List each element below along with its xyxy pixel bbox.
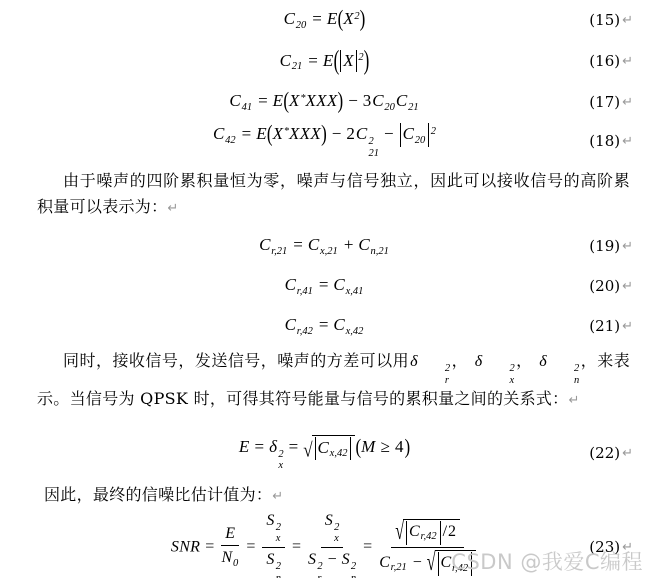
- left-paren-icon: (: [338, 6, 344, 33]
- return-mark-icon: ↵: [622, 54, 633, 69]
- math-variable: C: [285, 315, 297, 334]
- math-variable: C: [333, 275, 345, 294]
- paren-body: M≥4: [361, 437, 404, 456]
- math-subscript: r,21: [391, 562, 407, 573]
- equation-17-tag: (17) ↵: [589, 93, 633, 111]
- math-subscript: r: [317, 573, 321, 578]
- left-paren-icon: (: [283, 88, 289, 115]
- math-variable: X: [343, 51, 354, 70]
- paragraph-final-snr: 因此，最终的信噪比估计值为：↵: [44, 482, 630, 510]
- math-subsup: 2x: [278, 449, 283, 472]
- csdn-watermark: CSDN @我爱C编程: [451, 546, 643, 576]
- math-variable: S: [266, 551, 274, 568]
- math-subscript: r: [419, 375, 449, 387]
- equation-20: Cr,41=Cx,41 (20) ↵: [0, 272, 649, 300]
- math-denominator: S2r−S2n: [308, 548, 356, 578]
- equation-17: C41=E(X*XXX)−3C20C21 (17) ↵: [0, 86, 649, 118]
- math-parentheses: (X*XXX): [267, 124, 327, 143]
- math-subsup: 2r: [317, 561, 322, 578]
- text-run: ，: [516, 351, 538, 370]
- math-variable: δ: [410, 353, 418, 370]
- math-variable: C: [441, 554, 452, 571]
- math-variable: C: [308, 235, 320, 254]
- math-absolute-value: Cr,42: [406, 521, 441, 545]
- equation-22: E=δ2x=√Cx,42(M≥4) (22) ↵: [0, 434, 649, 472]
- inline-math: δ2x: [475, 353, 515, 370]
- math-variable: E: [239, 437, 250, 456]
- math-numerator: √Cr,42/2: [391, 519, 464, 548]
- math-parentheses: (X*XXX): [283, 91, 343, 110]
- math-parentheses: (X2): [338, 9, 366, 28]
- math-variable: C: [356, 124, 368, 143]
- math-variable: δ: [475, 353, 483, 370]
- equation-17-math: C41=E(X*XXX)−3C20C21: [229, 91, 419, 113]
- document-body: C20=E(X2) (15) ↵ C21=E(X2) (16) ↵ C41=E(…: [0, 0, 649, 578]
- math-operator: =: [289, 437, 299, 456]
- math-number: 2: [346, 124, 355, 143]
- math-roman: /: [443, 523, 447, 540]
- equation-20-tag: (20) ↵: [589, 277, 633, 295]
- math-subscript: x: [334, 533, 339, 545]
- math-variable: C: [213, 124, 225, 143]
- math-variable: XXX: [305, 91, 337, 110]
- math-superscript: 2: [369, 136, 374, 148]
- paren-body: X*XXX: [273, 124, 322, 143]
- math-subscript: n: [548, 375, 580, 387]
- math-variable: S: [342, 551, 350, 568]
- equation-number: (22): [589, 444, 620, 462]
- math-variable: C: [403, 124, 415, 143]
- math-subscript: 20: [415, 135, 426, 146]
- equation-18-math: C42=E(X*XXX)−2C221−C202: [213, 123, 436, 159]
- math-superscript: 2: [483, 363, 515, 375]
- equation-number: (20): [589, 277, 620, 295]
- right-paren-icon: ): [404, 434, 410, 459]
- math-operator: =: [319, 275, 329, 294]
- math-variable: C: [318, 438, 330, 457]
- math-variable: C: [229, 91, 241, 110]
- equation-15-tag: (15) ↵: [589, 11, 633, 29]
- return-mark-icon: ↵: [622, 134, 633, 149]
- math-variable: C: [285, 275, 297, 294]
- math-variable: C: [280, 51, 292, 70]
- math-fraction: S2xS2n: [262, 511, 285, 578]
- math-operator: =: [205, 538, 214, 555]
- math-variable: C: [358, 235, 370, 254]
- math-subscript: x: [483, 375, 514, 387]
- text-run: 因此，最终的信噪比估计值为：: [44, 485, 272, 504]
- math-subscript: 20: [296, 20, 307, 31]
- equation-21: Cr,42=Cx,42 (21) ↵: [0, 312, 649, 340]
- math-subscript: x,42: [330, 448, 348, 459]
- math-subscript: n,21: [371, 246, 389, 257]
- math-operator: =: [293, 235, 303, 254]
- return-mark-icon: ↵: [568, 393, 579, 408]
- math-operator: =: [255, 437, 265, 456]
- math-superscript: 2: [317, 561, 322, 573]
- math-operator: =: [363, 538, 372, 555]
- math-subsup: 221: [369, 136, 380, 159]
- math-operator: −: [328, 551, 337, 568]
- math-variable: C: [284, 9, 296, 28]
- paren-body: X2: [339, 51, 363, 70]
- math-operator: ≥: [381, 437, 390, 456]
- inline-math: δ2n: [539, 353, 579, 370]
- math-subscript: 21: [369, 148, 380, 160]
- math-subscript: 0: [233, 558, 238, 569]
- radical-body: Cr,42/2: [403, 519, 460, 545]
- math-operator: +: [344, 235, 354, 254]
- math-subscript: n: [276, 573, 281, 578]
- math-operator: −: [413, 554, 422, 571]
- math-subsup: 2x: [334, 522, 339, 545]
- math-superscript: 2: [548, 363, 580, 375]
- right-paren-icon: ): [321, 120, 327, 147]
- math-subsup: 2n: [548, 363, 580, 386]
- math-radical: √Cr,42/2: [395, 519, 460, 545]
- return-mark-icon: ↵: [622, 13, 633, 28]
- math-subscript: x,42: [346, 326, 364, 337]
- equation-number: (21): [589, 317, 620, 335]
- math-subscript: n: [351, 573, 356, 578]
- equation-number: (16): [589, 52, 620, 70]
- math-subsup: 2n: [351, 561, 356, 578]
- return-mark-icon: ↵: [167, 201, 178, 216]
- math-variable: S: [325, 512, 333, 529]
- math-superscript: 2: [278, 449, 283, 461]
- radical-body: Cx,42: [312, 435, 356, 461]
- math-variable: X: [273, 124, 284, 143]
- equation-16-tag: (16) ↵: [589, 52, 633, 70]
- math-fraction: EN0: [221, 524, 239, 570]
- math-subscript: 41: [242, 102, 253, 113]
- math-variable: C: [259, 235, 271, 254]
- math-number: 4: [395, 437, 404, 456]
- math-denominator: S2n: [266, 548, 281, 578]
- math-subsup: 2x: [276, 522, 281, 545]
- math-superscript: 2: [431, 126, 436, 137]
- equation-23-math: SNR=EN0=S2xS2n=S2xS2r−S2n=√Cr,42/2Cr,21−…: [171, 511, 478, 578]
- right-paren-icon: ): [364, 45, 370, 77]
- math-variable: M: [361, 437, 375, 456]
- equation-16-math: C21=E(X2): [280, 50, 370, 73]
- math-variable: E: [327, 9, 338, 28]
- math-operator: −: [384, 124, 394, 143]
- equation-18: C42=E(X*XXX)−2C221−C202 (18) ↵: [0, 122, 649, 160]
- equation-21-tag: (21) ↵: [589, 317, 633, 335]
- math-numerator: E: [221, 524, 239, 546]
- math-superscript: 2: [334, 522, 339, 534]
- return-mark-icon: ↵: [622, 239, 633, 254]
- math-subscript: x: [276, 533, 281, 545]
- math-variable: N: [221, 549, 232, 566]
- math-subscript: 21: [292, 61, 303, 72]
- math-subscript: r,21: [271, 246, 287, 257]
- math-parentheses: (M≥4): [355, 437, 410, 456]
- math-variable: SNR: [171, 538, 200, 555]
- paragraph-noise-cumulant: 由于噪声的四阶累积量恒为零，噪声与信号独立，因此可以接收信号的高阶累积量可以表示…: [37, 168, 630, 222]
- equation-18-tag: (18) ↵: [589, 132, 633, 150]
- equation-number: (15): [589, 11, 620, 29]
- return-mark-icon: ↵: [622, 319, 633, 334]
- math-operator: =: [246, 538, 255, 555]
- equation-number: (18): [589, 132, 620, 150]
- math-numerator: S2x: [262, 511, 285, 548]
- equation-21-math: Cr,42=Cx,42: [285, 315, 365, 337]
- inline-math: δ2r: [410, 353, 450, 370]
- math-absolute-value: Cx,42: [315, 437, 352, 461]
- return-mark-icon: ↵: [622, 446, 633, 461]
- math-variable: C: [372, 91, 384, 110]
- math-radical: √Cx,42: [303, 435, 355, 461]
- math-variable: E: [256, 124, 267, 143]
- math-subsup: 2r: [419, 363, 451, 386]
- radical-sign-icon: √: [303, 440, 312, 460]
- math-operator: −: [348, 91, 358, 110]
- paren-body: X*XXX: [289, 91, 338, 110]
- math-operator: =: [319, 315, 329, 334]
- math-superscript: 2: [351, 561, 356, 573]
- math-operator: =: [312, 9, 322, 28]
- equation-22-math: E=δ2x=√Cx,42(M≥4): [239, 435, 410, 472]
- paragraph-variance-qpsk: 同时，接收信号，发送信号，噪声的方差可以用δ2r， δ2x， δ2n，来表示。当…: [37, 348, 630, 414]
- math-subsup: 2n: [276, 561, 281, 578]
- math-superscript: 2: [276, 522, 281, 534]
- equation-15-math: C20=E(X2): [284, 9, 366, 31]
- math-absolute-value: C20: [400, 123, 430, 147]
- math-variable: C: [379, 554, 390, 571]
- radical-sign-icon: √: [395, 520, 404, 545]
- equation-number: (17): [589, 93, 620, 111]
- math-variable: S: [308, 551, 316, 568]
- equation-19: Cr,21=Cx,21+Cn,21 (19) ↵: [0, 232, 649, 260]
- math-operator: −: [332, 124, 342, 143]
- equation-22-tag: (22) ↵: [589, 444, 633, 462]
- math-variable: δ: [539, 353, 547, 370]
- math-variable: X: [289, 91, 300, 110]
- radical-sign-icon: √: [427, 551, 436, 576]
- math-parentheses: (X2): [334, 51, 370, 70]
- math-superscript: 2: [276, 561, 281, 573]
- math-variable: δ: [269, 437, 277, 456]
- left-paren-icon: (: [267, 120, 273, 147]
- math-subscript: x,21: [320, 246, 338, 257]
- math-operator: =: [292, 538, 301, 555]
- text-run: 同时，接收信号，发送信号，噪声的方差可以用: [63, 351, 409, 370]
- math-subscript: r,42: [297, 326, 313, 337]
- math-operator: =: [258, 91, 268, 110]
- math-number: 3: [363, 91, 372, 110]
- equation-19-tag: (19) ↵: [589, 237, 633, 255]
- math-variable: C: [396, 91, 408, 110]
- math-subscript: 42: [225, 135, 236, 146]
- left-paren-icon: (: [334, 45, 340, 77]
- math-variable: X: [343, 9, 354, 28]
- math-superscript: 2: [419, 363, 451, 375]
- return-mark-icon: ↵: [272, 489, 283, 504]
- equation-16: C21=E(X2) (16) ↵: [0, 42, 649, 80]
- document-page: { "page": {"background": "#ffffff", "tex…: [0, 0, 649, 578]
- right-paren-icon: ): [338, 88, 344, 115]
- return-mark-icon: ↵: [622, 95, 633, 110]
- paren-body: X2: [343, 9, 359, 28]
- math-variable: XXX: [289, 124, 321, 143]
- math-absolute-value: X: [340, 50, 357, 72]
- math-subscript: 20: [384, 102, 395, 113]
- math-subscript: x,41: [346, 286, 364, 297]
- math-variable: C: [409, 523, 420, 540]
- math-subscript: x: [278, 460, 283, 472]
- equation-number: (19): [589, 237, 620, 255]
- math-variable: E: [273, 91, 284, 110]
- math-subscript: r,42: [421, 531, 437, 542]
- equation-15: C20=E(X2) (15) ↵: [0, 4, 649, 36]
- math-variable: E: [323, 51, 334, 70]
- text-run: ，: [451, 351, 473, 370]
- equation-19-math: Cr,21=Cx,21+Cn,21: [259, 235, 390, 257]
- left-paren-icon: (: [355, 434, 361, 459]
- equation-20-math: Cr,41=Cx,41: [285, 275, 365, 297]
- math-variable: E: [225, 525, 235, 542]
- text-run: 由于噪声的四阶累积量恒为零，噪声与信号独立，因此可以接收信号的高阶累积量可以表示…: [37, 171, 630, 216]
- math-denominator: N0: [221, 546, 239, 570]
- math-variable: C: [333, 315, 345, 334]
- math-fraction: S2xS2r−S2n: [308, 511, 356, 578]
- math-subsup: 2x: [483, 363, 515, 386]
- math-variable: S: [266, 512, 274, 529]
- math-operator: =: [308, 51, 318, 70]
- math-subscript: r,41: [297, 286, 313, 297]
- math-operator: =: [242, 124, 252, 143]
- right-paren-icon: ): [360, 6, 366, 33]
- math-numerator: S2x: [321, 511, 344, 548]
- math-number: 2: [448, 523, 456, 540]
- return-mark-icon: ↵: [622, 279, 633, 294]
- math-subscript: 21: [408, 102, 419, 113]
